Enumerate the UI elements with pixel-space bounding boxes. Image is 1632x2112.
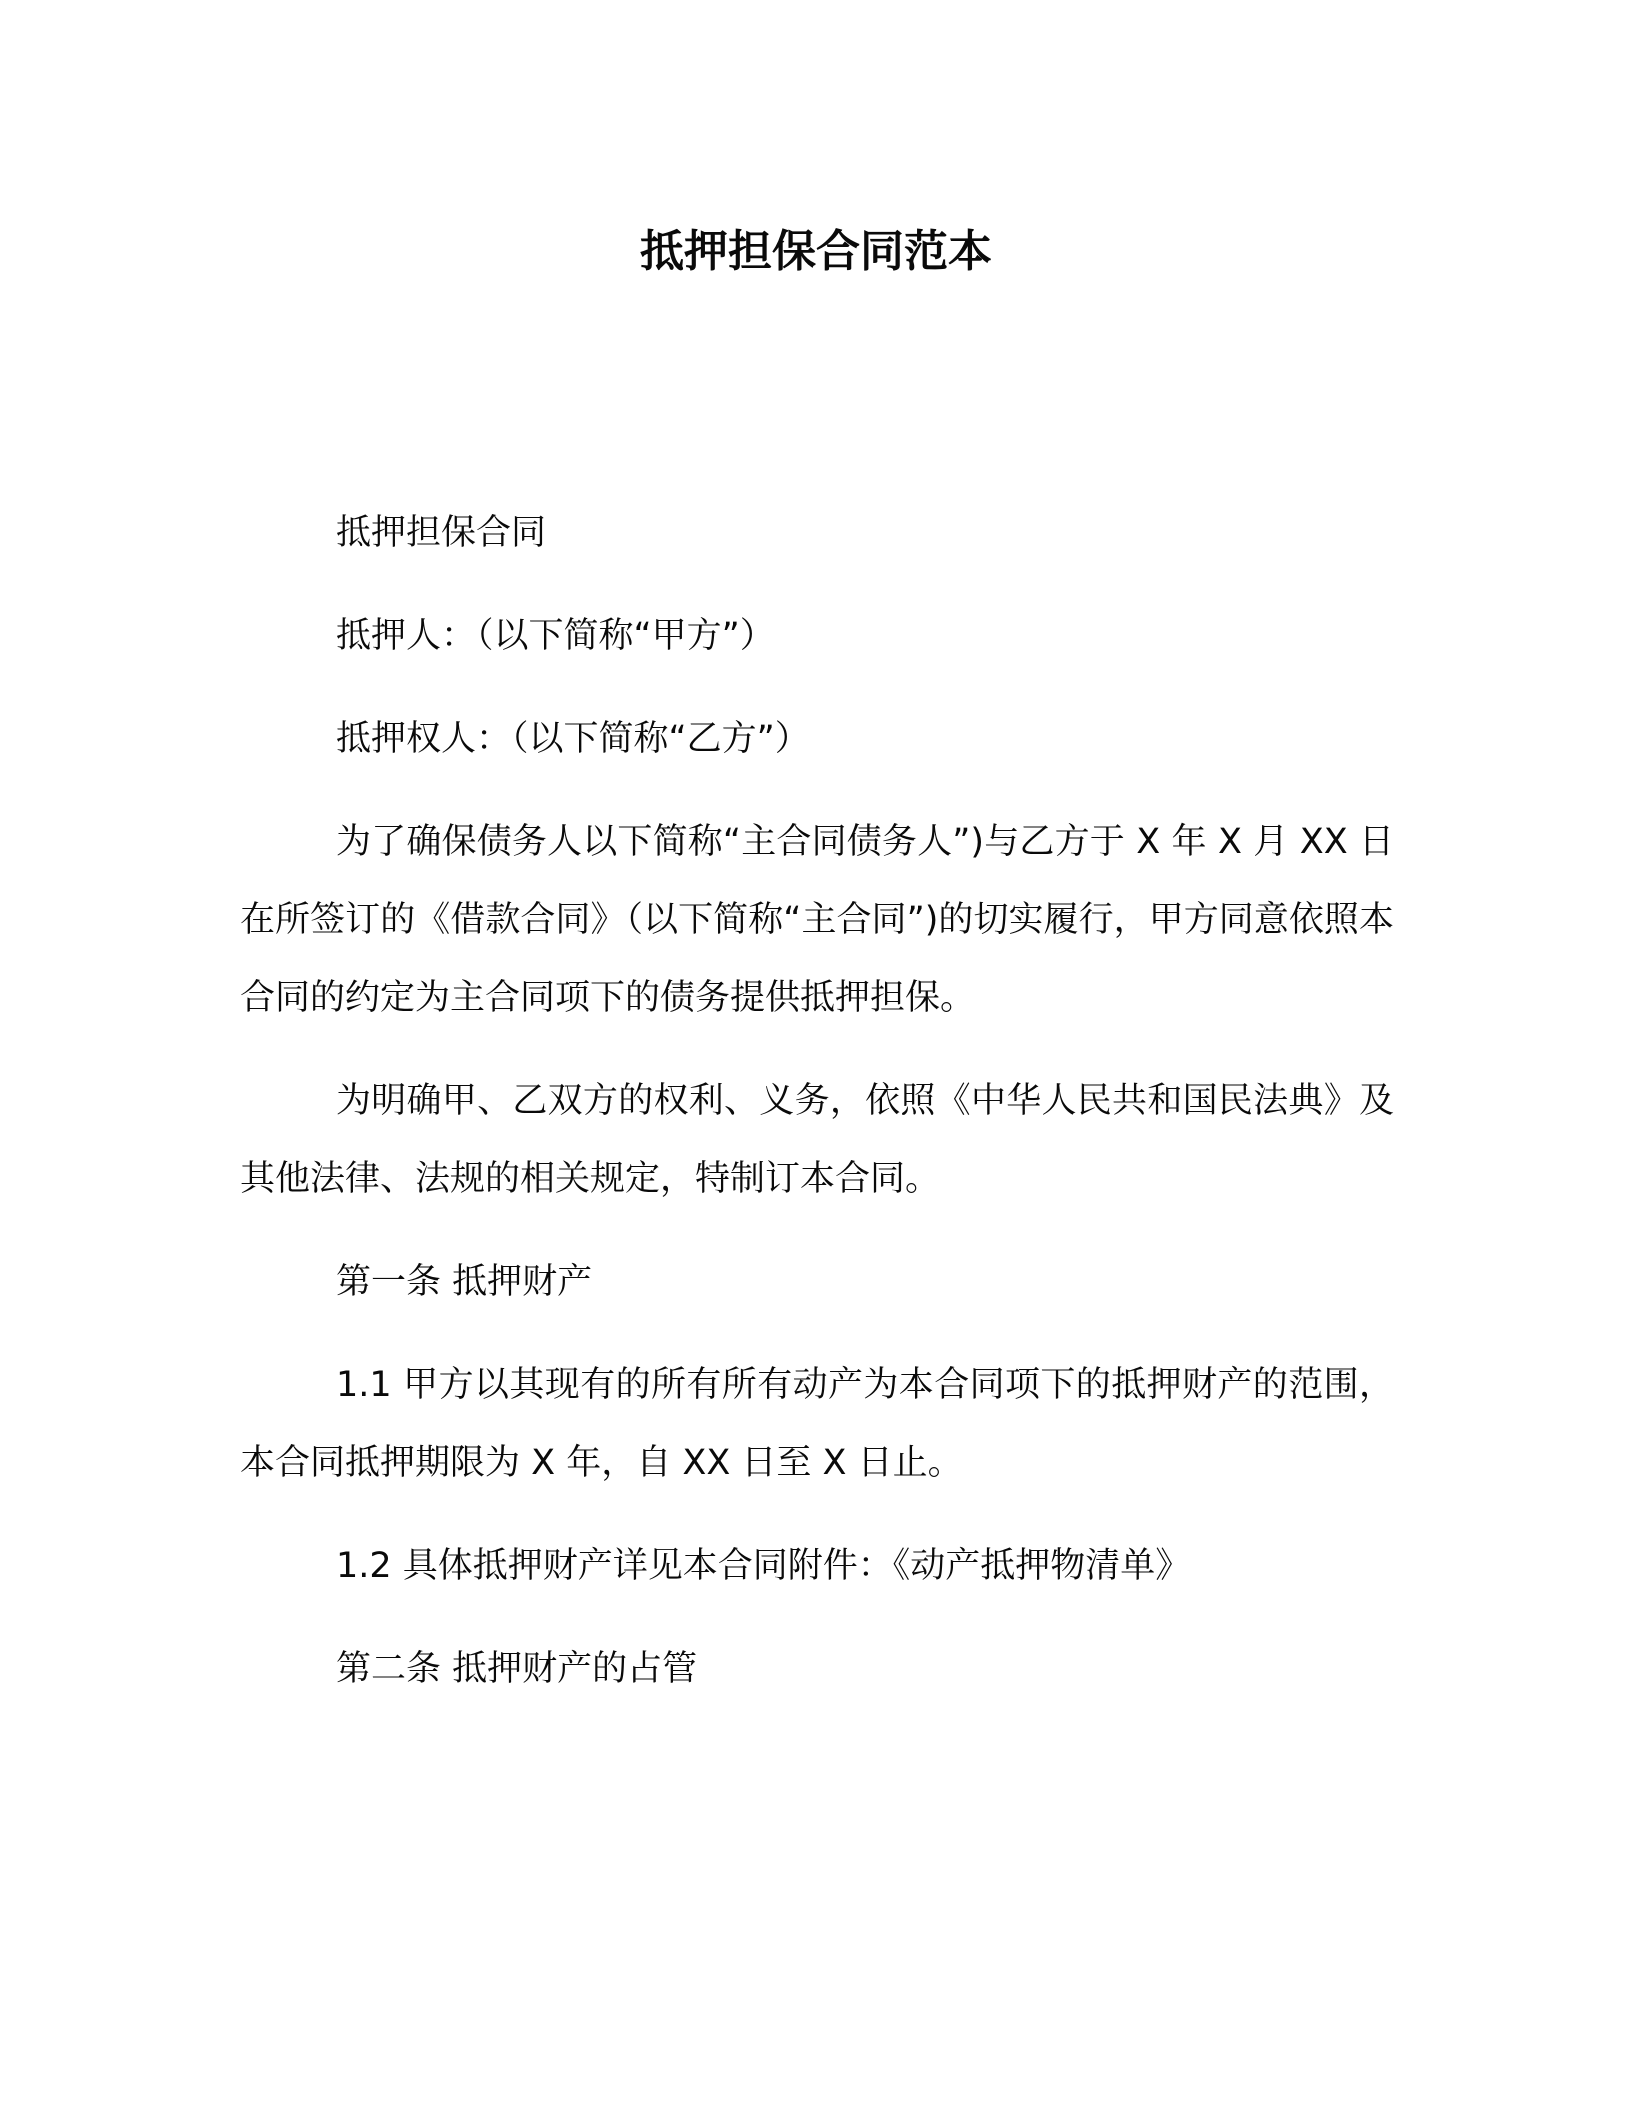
mortgagor-line: 抵押人：（以下简称“甲方”） (240, 597, 1394, 675)
clause-1-2: 1.2 具体抵押财产详见本合同附件：《动产抵押物清单》 (240, 1527, 1394, 1605)
contract-heading: 抵押担保合同 (240, 494, 1394, 572)
document-body: 抵押担保合同 抵押人：（以下简称“甲方”） 抵押权人：（以下简称“乙方”） 为了… (240, 494, 1394, 1708)
article-2-heading: 第二条 抵押财产的占管 (240, 1630, 1394, 1708)
legal-basis-paragraph: 为明确甲、乙双方的权利、义务，依照《中华人民共和国民法典》及其他法律、法规的相关… (240, 1062, 1394, 1218)
article-1-heading: 第一条 抵押财产 (240, 1243, 1394, 1321)
clause-1-1: 1.1 甲方以其现有的所有所有动产为本合同项下的抵押财产的范围，本合同抵押期限为… (240, 1346, 1394, 1502)
mortgagee-line: 抵押权人：（以下简称“乙方”） (240, 700, 1394, 778)
document-title: 抵押担保合同范本 (0, 222, 1632, 282)
document-page: 抵押担保合同范本 抵押担保合同 抵押人：（以下简称“甲方”） 抵押权人：（以下简… (0, 0, 1632, 2112)
purpose-paragraph: 为了确保债务人以下简称“主合同债务人”)与乙方于 X 年 X 月 XX 日在所签… (240, 803, 1394, 1037)
